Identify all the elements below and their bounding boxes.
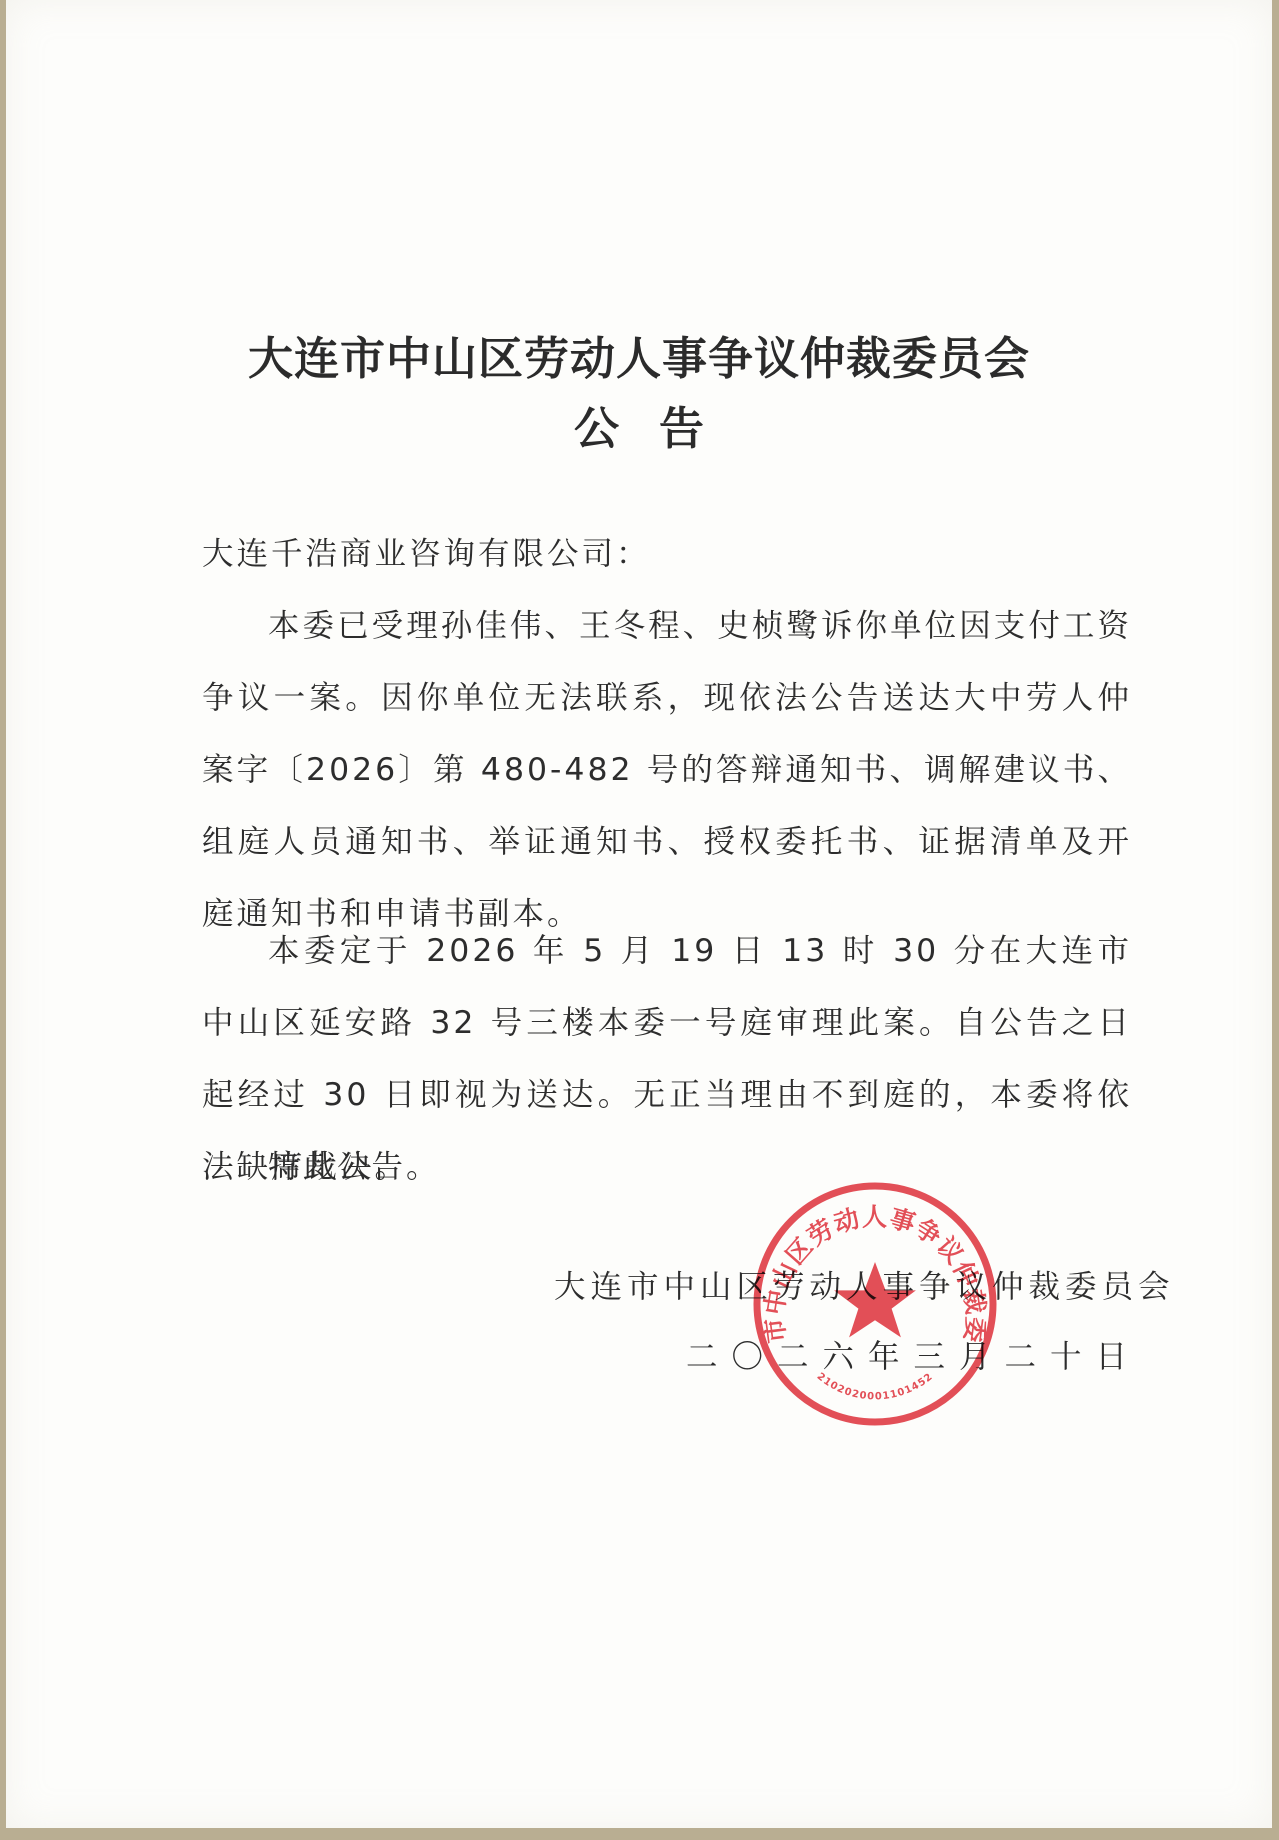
official-seal-icon: 大连市中山区劳动人事争议仲裁委员会 2102020001101452 xyxy=(751,1180,999,1428)
document-subtitle: 公告 xyxy=(6,392,1272,457)
document-title: 大连市中山区劳动人事争议仲裁委员会 xyxy=(6,322,1272,387)
salutation: 大连千浩商业咨询有限公司： xyxy=(202,518,1132,590)
paragraph-case-notice: 本委已受理孙佳伟、王冬程、史桢鹭诉你单位因支付工资争议一案。因你单位无法联系，现… xyxy=(202,590,1132,950)
salutation-text: 大连千浩商业咨询有限公司： xyxy=(202,518,1132,590)
svg-text:2102020001101452: 2102020001101452 xyxy=(815,1371,936,1402)
seal-code: 2102020001101452 xyxy=(815,1371,936,1402)
paragraph-text: 本委已受理孙佳伟、王冬程、史桢鹭诉你单位因支付工资争议一案。因你单位无法联系，现… xyxy=(202,590,1132,950)
star-icon xyxy=(834,1262,916,1337)
document-page: 大连市中山区劳动人事争议仲裁委员会 公告 大连千浩商业咨询有限公司： 本委已受理… xyxy=(6,0,1272,1828)
